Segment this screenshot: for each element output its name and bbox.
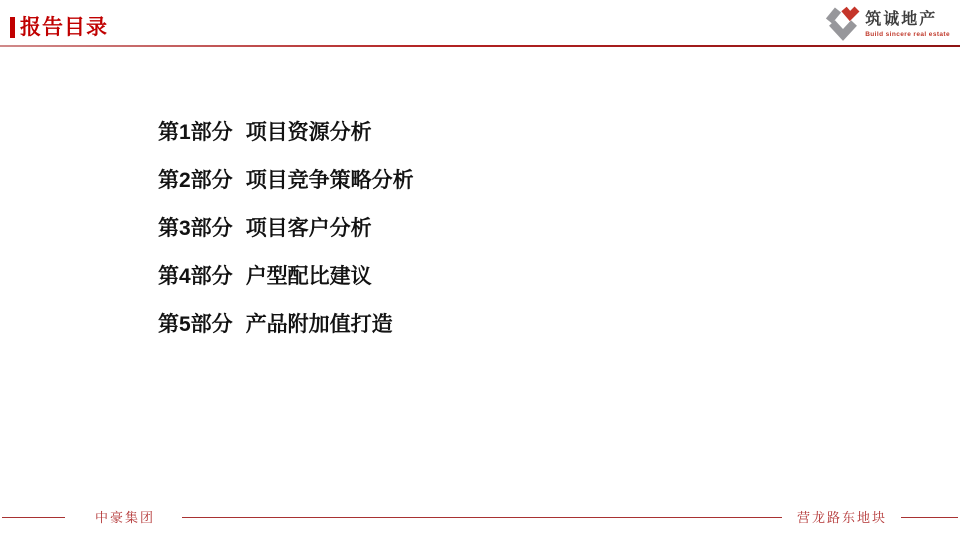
toc-item-1: 第1部分 项目资源分析 <box>158 122 414 143</box>
slide-header: 报告目录 <box>10 17 108 38</box>
logo-tagline: Build sincere real estate <box>865 31 950 38</box>
toc-item-3: 第3部分 项目客户分析 <box>158 218 414 239</box>
toc-item-title: 产品附加值打造 <box>246 314 393 335</box>
page-title: 报告目录 <box>20 17 108 38</box>
toc-part-label: 第5部分 <box>158 314 233 335</box>
title-accent-bar <box>10 17 15 38</box>
footer-line-left <box>2 517 65 518</box>
toc-part-label: 第1部分 <box>158 122 233 143</box>
logo-company-name: 筑诚地产 <box>865 11 950 29</box>
toc-item-4: 第4部分 户型配比建议 <box>158 266 414 287</box>
footer-company: 中豪集团 <box>95 511 155 524</box>
logo-cube-icon <box>824 6 862 44</box>
toc-part-label: 第3部分 <box>158 218 233 239</box>
slide-footer: 中豪集团 营龙路东地块 <box>2 508 958 526</box>
footer-line-middle <box>182 517 782 518</box>
toc-item-5: 第5部分 产品附加值打造 <box>158 314 414 335</box>
toc-item-title: 项目竞争策略分析 <box>246 170 414 191</box>
toc-item-title: 项目客户分析 <box>246 218 372 239</box>
toc-item-2: 第2部分 项目竞争策略分析 <box>158 170 414 191</box>
company-logo: 筑诚地产 Build sincere real estate <box>824 6 950 44</box>
toc-list: 第1部分 项目资源分析 第2部分 项目竞争策略分析 第3部分 项目客户分析 第4… <box>158 122 414 335</box>
toc-item-title: 户型配比建议 <box>246 266 372 287</box>
toc-part-label: 第2部分 <box>158 170 233 191</box>
footer-line-right <box>901 517 958 518</box>
toc-part-label: 第4部分 <box>158 266 233 287</box>
footer-project: 营龙路东地块 <box>797 511 887 524</box>
logo-text-block: 筑诚地产 Build sincere real estate <box>865 11 950 38</box>
toc-item-title: 项目资源分析 <box>246 122 372 143</box>
header-divider <box>0 45 960 47</box>
